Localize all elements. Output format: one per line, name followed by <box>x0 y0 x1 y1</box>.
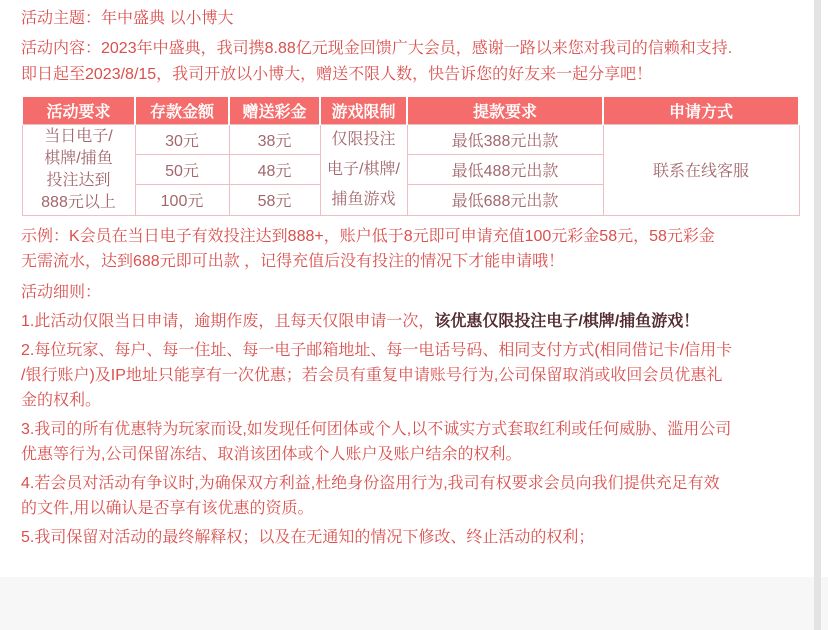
col-header-withdraw: 提款要求 <box>407 96 603 124</box>
cell-deposit-row2: 50元 <box>135 154 229 184</box>
requirement-line-4: 888元以上 <box>23 192 135 214</box>
rule-item-2: 2.每位玩家、每户、每一住址、每一电子邮箱地址、每一电话号码、相同支付方式(相同… <box>21 338 808 413</box>
rule-4-line-2: 的文件,用以确认是否享有该优惠的资质。 <box>21 496 808 521</box>
rule-2-line-3: 金的权利。 <box>21 388 808 413</box>
rule-item-3: 3.我司的所有优惠特为玩家而设,如发现任何团体或个人,以不诚实方式套取红利或任何… <box>21 417 808 467</box>
rule-2-line-2: /银行账户)及IP地址只能享有一次优惠；若会员有重复申请账号行为,公司保留取消或… <box>21 363 808 388</box>
activity-theme: 活动主题：年中盛典 以小博大 <box>21 6 808 32</box>
promo-content: 活动主题：年中盛典 以小博大 活动内容：2023年中盛典，我司携8.88亿元现金… <box>0 0 828 550</box>
game-limit-line-3: 捕鱼游戏 <box>321 185 407 215</box>
rule-3-line-2: 优惠等行为,公司保留冻结、取消该团体或个人账户及账户结余的权利。 <box>21 442 808 467</box>
game-limit-line-1: 仅限投注 <box>321 125 407 155</box>
col-header-deposit: 存款金额 <box>135 96 229 124</box>
activity-content-line-2: 即日起至2023/8/15，我司开放以小博大，赠送不限人数，快告诉您的好友来一起… <box>21 62 808 88</box>
requirement-line-1: 当日电子/ <box>23 126 135 148</box>
table-header-row: 活动要求 存款金额 赠送彩金 游戏限制 提款要求 申请方式 <box>22 96 799 124</box>
scrollbar[interactable] <box>814 0 821 630</box>
cell-withdraw-row2: 最低488元出款 <box>407 154 603 184</box>
rule-1-highlight: 该优惠仅限投注电子/棋牌/捕鱼游戏！ <box>434 313 699 330</box>
footer-area <box>0 577 828 630</box>
cell-deposit-row3: 100元 <box>135 185 229 215</box>
game-limit-line-2: 电子/棋牌/ <box>321 155 407 185</box>
rule-2-line-1: 2.每位玩家、每户、每一住址、每一电子邮箱地址、每一电话号码、相同支付方式(相同… <box>21 338 808 363</box>
rule-4-line-1: 4.若会员对活动有争议时,为确保双方利益,杜绝身份盗用行为,我司有权要求会员向我… <box>21 471 808 496</box>
col-header-requirement: 活动要求 <box>22 96 135 124</box>
promo-page: 活动主题：年中盛典 以小博大 活动内容：2023年中盛典，我司携8.88亿元现金… <box>0 0 828 630</box>
col-header-bonus: 赠送彩金 <box>229 96 320 124</box>
rule-1-text: 1.此活动仅限当日申请，逾期作废，且每天仅限申请一次， <box>21 313 434 330</box>
cell-withdraw-row3: 最低688元出款 <box>407 185 603 215</box>
col-header-apply-method: 申请方式 <box>603 96 799 124</box>
example-line-2: 无需流水，达到688元即可出款 ，记得充值后没有投注的情况下才能申请哦！ <box>21 249 808 274</box>
example-line-1: 示例：K会员在当日电子有效投注达到888+，账户低于8元即可申请充值100元彩金… <box>21 224 808 249</box>
requirement-line-3: 投注达到 <box>23 170 135 192</box>
requirement-line-2: 棋牌/捕鱼 <box>23 148 135 170</box>
rule-3-line-1: 3.我司的所有优惠特为玩家而设,如发现任何团体或个人,以不诚实方式套取红利或任何… <box>21 417 808 442</box>
promo-table: 活动要求 存款金额 赠送彩金 游戏限制 提款要求 申请方式 当日电子/ 棋牌/捕… <box>21 95 800 216</box>
cell-bonus-row2: 48元 <box>229 154 320 184</box>
rules-title: 活动细则： <box>21 280 808 305</box>
col-header-game-limit: 游戏限制 <box>320 96 407 124</box>
rule-item-5: 5.我司保留对活动的最终解释权；以及在无通知的情况下修改、终止活动的权利； <box>21 525 808 550</box>
cell-game-limit: 仅限投注 电子/棋牌/ 捕鱼游戏 <box>320 124 407 215</box>
table-row-1: 当日电子/ 棋牌/捕鱼 投注达到 888元以上 30元 38元 仅限投注 电子/… <box>22 124 799 154</box>
cell-withdraw-row1: 最低388元出款 <box>407 124 603 154</box>
cell-bonus-row1: 38元 <box>229 124 320 154</box>
cell-apply-method: 联系在线客服 <box>603 124 799 215</box>
rule-item-1: 1.此活动仅限当日申请，逾期作废，且每天仅限申请一次，该优惠仅限投注电子/棋牌/… <box>21 309 808 334</box>
cell-deposit-row1: 30元 <box>135 124 229 154</box>
cell-requirement: 当日电子/ 棋牌/捕鱼 投注达到 888元以上 <box>22 124 135 215</box>
activity-content: 活动内容：2023年中盛典，我司携8.88亿元现金回馈广大会员，感谢一路以来您对… <box>21 36 808 88</box>
activity-content-line-1: 活动内容：2023年中盛典，我司携8.88亿元现金回馈广大会员，感谢一路以来您对… <box>21 36 808 62</box>
rule-item-4: 4.若会员对活动有争议时,为确保双方利益,杜绝身份盗用行为,我司有权要求会员向我… <box>21 471 808 521</box>
example-paragraph: 示例：K会员在当日电子有效投注达到888+，账户低于8元即可申请充值100元彩金… <box>21 224 808 274</box>
cell-bonus-row3: 58元 <box>229 185 320 215</box>
